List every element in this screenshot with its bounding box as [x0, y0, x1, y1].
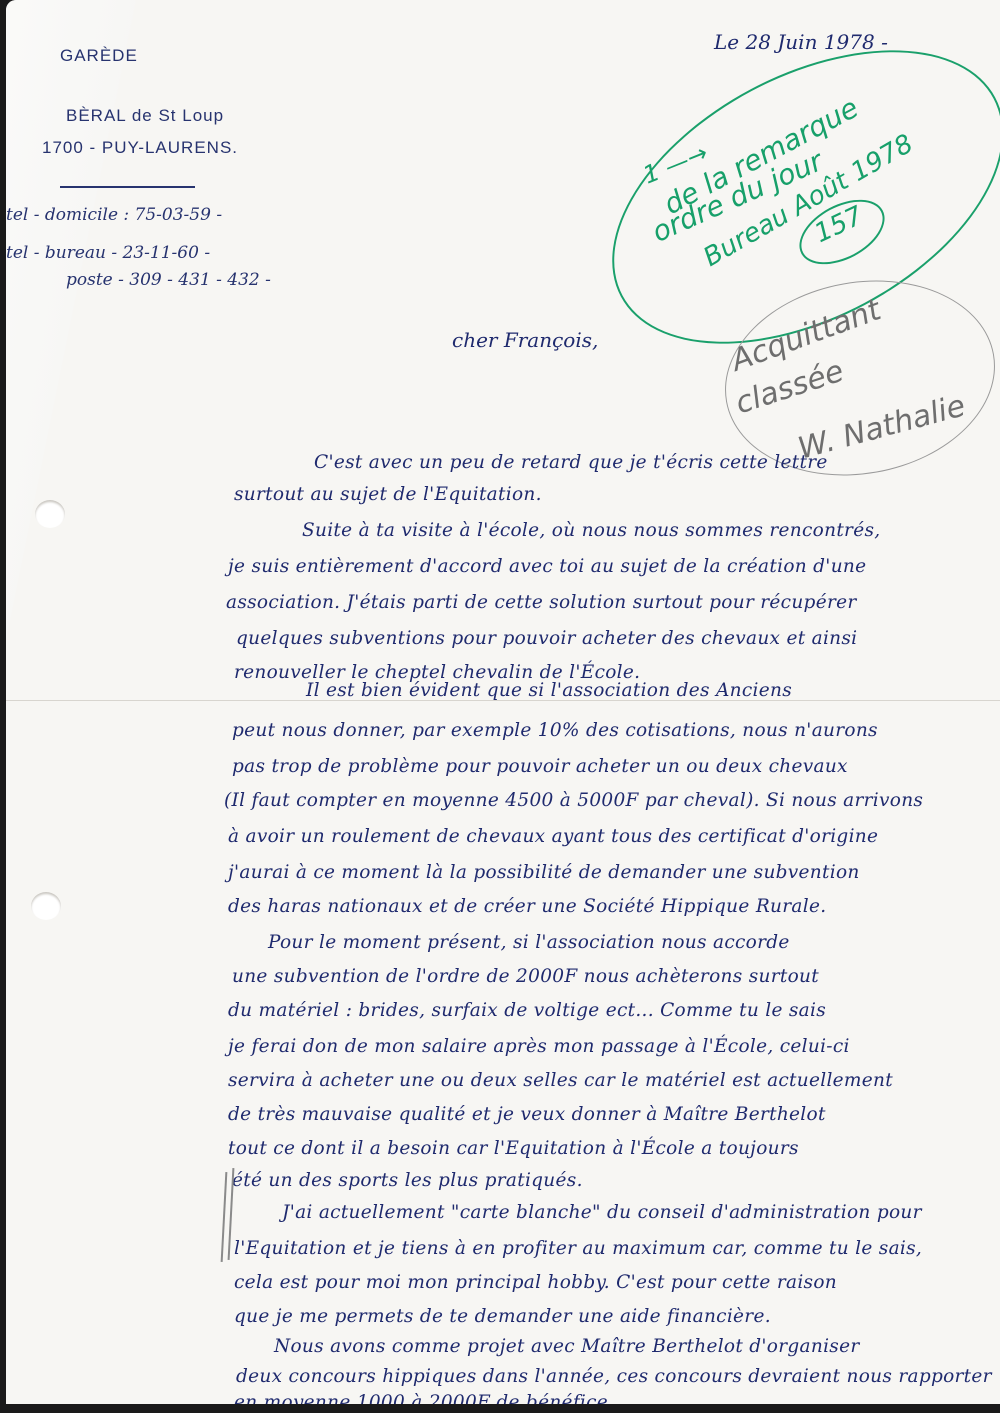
letter-date: Le 28 Juin 1978 - — [714, 30, 888, 54]
body-line: Pour le moment présent, si l'association… — [268, 932, 790, 953]
body-line: tout ce dont il a besoin car l'Equitatio… — [228, 1138, 799, 1159]
folded-corner — [6, 0, 136, 640]
body-line: surtout au sujet de l'Equitation. — [234, 484, 542, 505]
body-line: du matériel : brides, surfaix de voltige… — [228, 1000, 826, 1021]
phone-home: tel - domicile : 75-03-59 - — [6, 205, 222, 225]
body-line: peut nous donner, par exemple 10% des co… — [232, 720, 878, 741]
body-line: je suis entièrement d'accord avec toi au… — [228, 556, 866, 577]
phone-extension: poste - 309 - 431 - 432 - — [66, 270, 271, 290]
body-line: à avoir un roulement de chevaux ayant to… — [228, 826, 878, 847]
sender-address-line1: BÈRAL de St Loup — [66, 106, 224, 126]
body-line: été un des sports les plus pratiqués. — [232, 1170, 583, 1191]
body-line: Suite à ta visite à l'école, où nous nou… — [302, 520, 880, 541]
address-underline — [60, 186, 195, 188]
body-line: en moyenne 1000 à 2000F de bénéfice. — [234, 1392, 614, 1404]
salutation: cher François, — [452, 328, 598, 352]
body-line: Nous avons comme projet avec Maître Bert… — [274, 1336, 859, 1357]
body-line: Il est bien évident que si l'association… — [306, 680, 792, 701]
sender-name: GARÈDE — [60, 46, 138, 66]
body-line: que je me permets de te demander une aid… — [234, 1306, 771, 1327]
body-line: J'ai actuellement "carte blanche" du con… — [282, 1202, 922, 1223]
body-line: servira à acheter une ou deux selles car… — [228, 1070, 893, 1091]
body-line: deux concours hippiques dans l'année, ce… — [236, 1366, 992, 1387]
body-line: (Il faut compter en moyenne 4500 à 5000F… — [224, 790, 923, 811]
body-line: pas trop de problème pour pouvoir achete… — [232, 756, 848, 777]
sender-address-line2: 1700 - PUY-LAURENS. — [42, 138, 238, 158]
body-line: j'aurai à ce moment là la possibilité de… — [228, 862, 860, 883]
body-line: cela est pour moi mon principal hobby. C… — [234, 1272, 837, 1293]
body-line: je ferai don de mon salaire après mon pa… — [228, 1036, 850, 1057]
body-line: une subvention de l'ordre de 2000F nous … — [232, 966, 819, 987]
body-line: de très mauvaise qualité et je veux donn… — [228, 1104, 826, 1125]
body-line: des haras nationaux et de créer une Soci… — [228, 896, 826, 917]
punch-hole-bottom — [31, 892, 61, 920]
letter-page: GARÈDE BÈRAL de St Loup 1700 - PUY-LAURE… — [6, 0, 1000, 1404]
body-line: association. J'étais parti de cette solu… — [226, 592, 856, 613]
body-line: quelques subventions pour pouvoir achete… — [236, 628, 857, 649]
margin-mark-left — [221, 1172, 228, 1262]
body-line: C'est avec un peu de retard que je t'écr… — [314, 452, 828, 473]
punch-hole-top — [35, 500, 65, 528]
phone-office: tel - bureau - 23-11-60 - — [6, 243, 210, 263]
body-line: l'Equitation et je tiens à en profiter a… — [234, 1238, 922, 1259]
